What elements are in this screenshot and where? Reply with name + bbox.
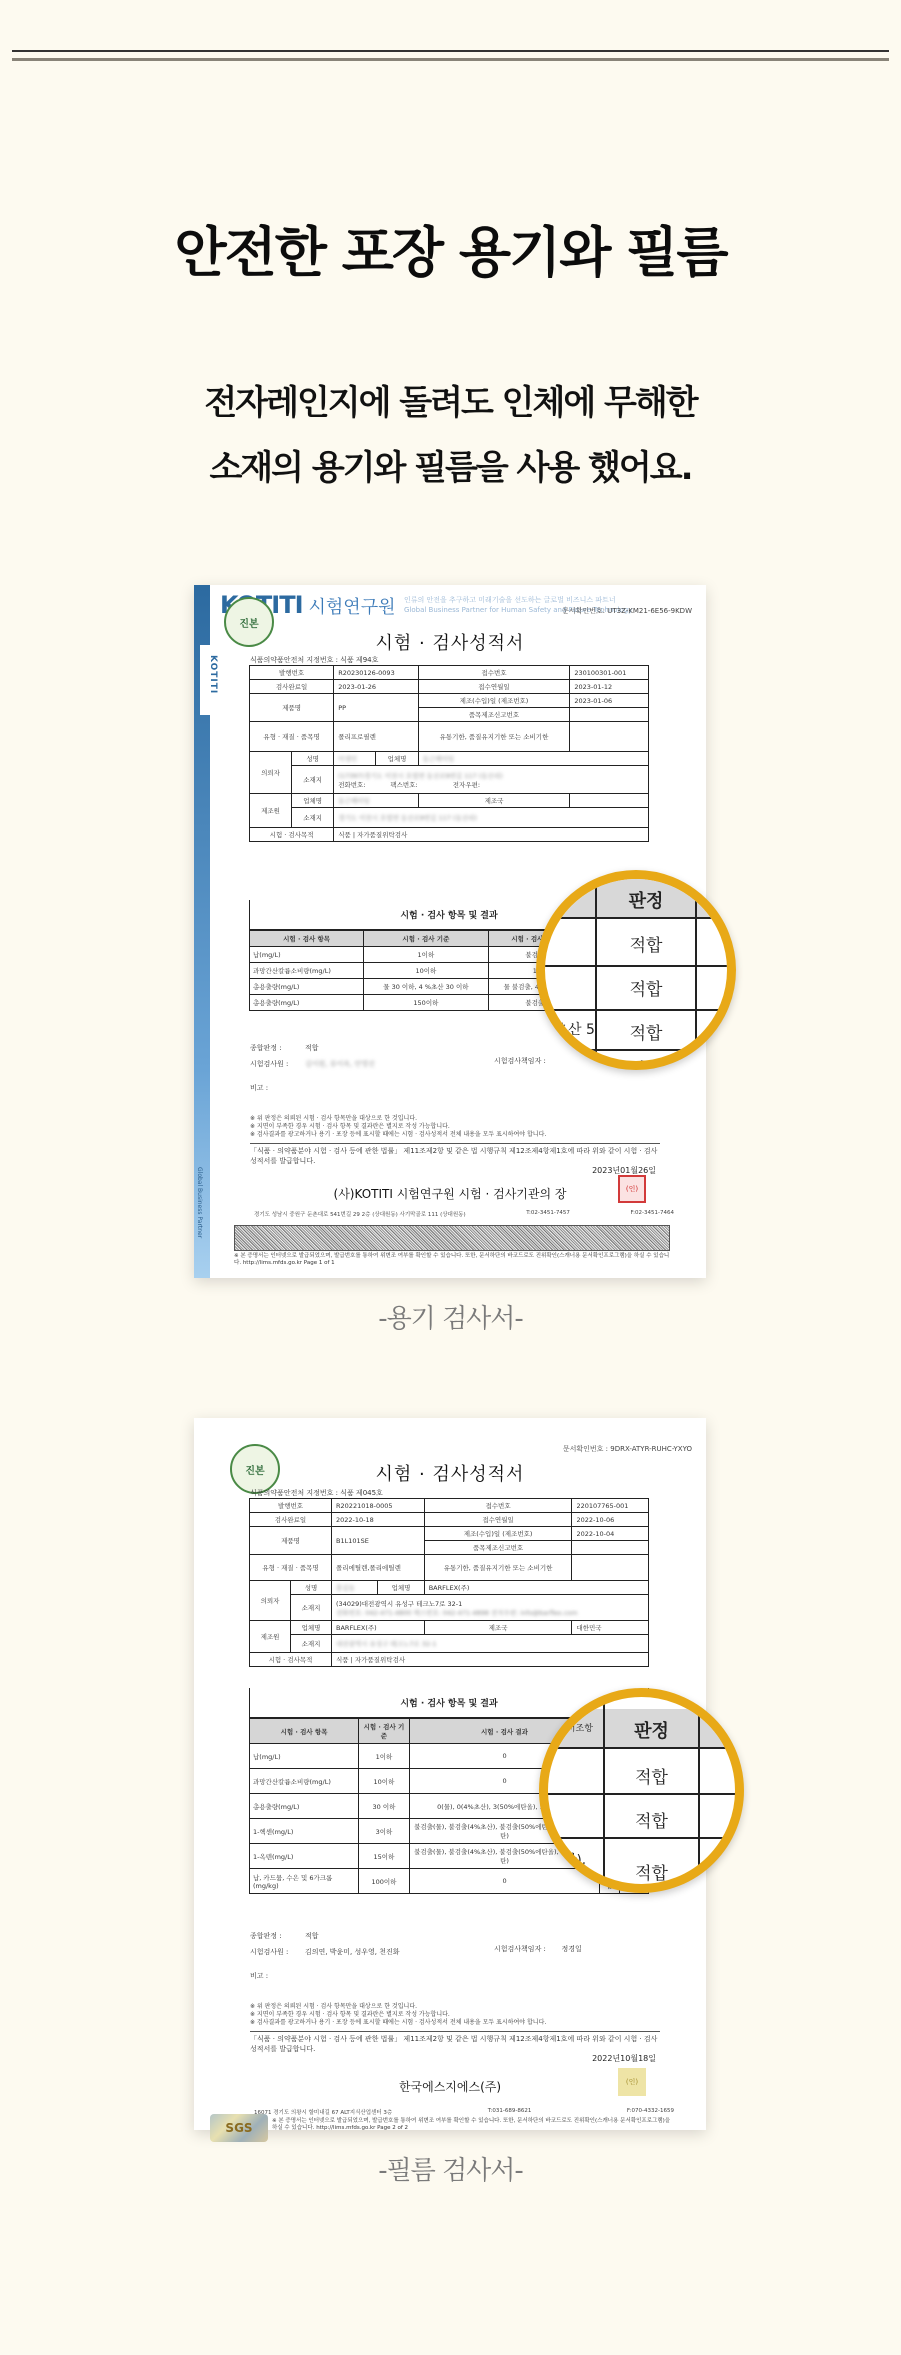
client-company: 동근께이팅	[418, 752, 648, 766]
overall-result: 적합	[305, 1932, 319, 1940]
mag-cell: 적합	[605, 1807, 698, 1832]
client-name: 이생민	[334, 752, 376, 766]
results-cell: 3이하	[359, 1819, 410, 1844]
manager-label: 시험검사책임자 :	[494, 1057, 546, 1065]
mfg-date: 2022-10-04	[572, 1527, 649, 1541]
results-cell: 총용출량(mg/L)	[250, 995, 364, 1011]
label: 발행번호	[250, 1499, 332, 1513]
side-slogan: Global Business Partner	[196, 1167, 203, 1238]
results-cell: 총용출량(mg/L)	[250, 979, 364, 995]
legal-text: 「식품 · 의약품분야 시험 · 검사 등에 관한 법률」 제11조제2항 및 …	[250, 2031, 660, 2054]
mag-cell: 적합	[605, 1763, 698, 1788]
results-cell: 100이하	[359, 1869, 410, 1894]
issuer-tel: T:031-689-8621	[488, 2108, 532, 2116]
mag-line	[545, 965, 727, 967]
container-test-certificate: KOTITI Global Business Partner KOTITI 시험…	[194, 585, 706, 1278]
issuer-tel: T:02-3451-7457	[526, 1210, 570, 1218]
label: 시험 · 검사목적	[250, 828, 334, 842]
label: 의뢰자	[250, 1581, 291, 1621]
mag-line	[545, 1009, 727, 1011]
mfr-address: 대전광역시 유성구 테크노7로 32-1	[332, 1635, 649, 1653]
remark-label: 비고 :	[250, 1084, 268, 1092]
receipt-date: 2023-01-12	[570, 680, 649, 694]
overall-result: 적합	[305, 1044, 319, 1052]
note: ※ 지면이 부족한 경우 시험 · 검사 항목 및 결과란은 별지로 작성 가능…	[250, 1123, 660, 1131]
mag-cell: 적합	[597, 975, 695, 1000]
client-address-cell: (34029)대전광역시 유성구 테크노7로 32-1 전화번호: 042-47…	[332, 1595, 649, 1621]
mag-partial-text: 사용	[699, 1049, 736, 1069]
label: 품목제조신고번호	[424, 1541, 572, 1555]
legal-text: 「식품 · 의약품분야 시험 · 검사 등에 관한 법률」 제11조제2항 및 …	[250, 1143, 660, 1166]
mag-line	[548, 1793, 735, 1795]
label: 소재지	[291, 1595, 332, 1621]
report-number	[570, 708, 649, 722]
label: 제조(수입)일 (제조번호)	[418, 694, 570, 708]
footer-note: ※ 본 증명서는 인터넷으로 발급되었으며, 발급번호를 통하여 위변조 여부를…	[234, 1253, 674, 1267]
sgs-hologram-icon: SGS	[210, 2114, 268, 2142]
label: 소재지	[292, 766, 334, 794]
mfr-company: BARFLEX(주)	[332, 1621, 425, 1635]
results-cell: 납, 카드뮴, 수은 및 6가크롬(mg/kg)	[250, 1869, 359, 1894]
page-number: Page 1 of 1	[304, 1260, 335, 1266]
results-cell: 과망간산칼륨소비량(mg/L)	[250, 1769, 359, 1794]
section-subtitle-line-1: 전자레인지에 돌려도 인체에 무해한	[0, 375, 901, 424]
label: 검사완료일	[250, 1513, 332, 1527]
issuer-address-line: 16071 경기도 의왕시 할미내길 67 ALT지식산업센터 3층 T:031…	[254, 2108, 674, 2116]
results-cell: 과망간산칼륨소비량(mg/L)	[250, 963, 364, 979]
mfg-date: 2023-01-06	[570, 694, 649, 708]
mag-partial-text: %초산 5	[539, 1019, 597, 1039]
results-cell: 10이하	[359, 1769, 410, 1794]
label: 접수번호	[424, 1499, 572, 1513]
label: 업체명	[292, 794, 334, 808]
results-cell: 납(mg/L)	[250, 947, 364, 963]
fax-label: 팩스번호:	[390, 781, 417, 789]
overall-label: 종합판정 :	[250, 1040, 305, 1056]
client-address-cell: (17397)경기도 이천시 호법면 동산로9번길 117 (동산리) 전화번호…	[334, 766, 649, 794]
note: ※ 위 판정은 의뢰된 시험 · 검사 항목만을 대상으로 한 것입니다.	[250, 1115, 660, 1123]
results-cell: 10이하	[364, 963, 488, 979]
client-address: (34029)대전광역시 유성구 테크노7로 32-1	[336, 1599, 644, 1608]
issue-date: 2022년10월18일	[592, 2053, 656, 2064]
note: ※ 위 판정은 의뢰된 시험 · 검사 항목만을 대상으로 한 것입니다.	[250, 2003, 660, 2011]
inspector-label: 시험검사원 :	[250, 1056, 305, 1072]
expiry	[572, 1555, 649, 1581]
official-seal-icon: (인)	[618, 1175, 646, 1203]
receipt-number: 230100301-001	[570, 666, 649, 680]
manager-label: 시험검사책임자 :	[494, 1945, 546, 1953]
mag-cell: 적합	[605, 1859, 698, 1884]
section-subtitle-line-2: 소재의 용기와 필름을 사용 했어요.	[0, 440, 901, 489]
notes: ※ 위 판정은 의뢰된 시험 · 검사 항목만을 대상으로 한 것입니다. ※ …	[250, 2003, 660, 2027]
results-header-cell: 시험 · 검사 기준	[359, 1719, 410, 1744]
label: 소재지	[291, 1635, 332, 1653]
label: 접수연월일	[424, 1513, 572, 1527]
label: 제조원	[250, 794, 292, 828]
results-cell: 1-헥센(mg/L)	[250, 1819, 359, 1844]
official-seal-icon: (인)	[618, 2068, 646, 2096]
expiry	[570, 722, 649, 752]
side-logo: KOTITI	[200, 655, 218, 694]
label: 업체명	[378, 1581, 424, 1595]
results-cell: 150이하	[364, 995, 488, 1011]
notes: ※ 위 판정은 의뢰된 시험 · 검사 항목만을 대상으로 한 것입니다. ※ …	[250, 1115, 660, 1139]
label: 제조국	[418, 794, 570, 808]
label: 유형 · 재질 · 품목명	[250, 722, 334, 752]
material-type: 폴리에틸렌,폴리에틸렌	[332, 1555, 425, 1581]
label: 제품명	[250, 1527, 332, 1555]
note: ※ 지면이 부족한 경우 시험 · 검사 항목 및 결과란은 별지로 작성 가능…	[250, 2011, 660, 2019]
material-type: 폴리프로필렌	[334, 722, 418, 752]
top-divider	[12, 50, 889, 52]
issuer-address: 경기도 성남시 중원구 둔촌대로 541번길 29 2층 (상대원동) 사기막골…	[254, 1210, 466, 1218]
film-certificate-caption: -필름 검사서-	[0, 2150, 901, 2187]
label: 제조국	[424, 1621, 572, 1635]
client-contact: 전화번호: 팩스번호: 전자우편:	[338, 780, 644, 789]
test-purpose: 식품 | 자가품질위탁검사	[332, 1653, 649, 1667]
manager: 시험검사책임자 : 정경일	[494, 1944, 582, 1954]
magnified-table: 판정 적합 적합 적합 적합 %초산 5 사용	[545, 879, 727, 1061]
magnifier-zoom-circle: 판정 적합 적합 적합 적합 %초산 5 사용	[536, 870, 736, 1070]
mag-cell: 적합	[597, 1019, 695, 1044]
certificate-title: 시험 · 검사성적서	[194, 629, 706, 655]
client-address: (17397)경기도 이천시 호법면 동산로9번길 117 (동산리)	[338, 771, 644, 780]
issue-number: R20230126-0093	[334, 666, 418, 680]
section-title: 안전한 포장 용기와 필름	[0, 210, 901, 287]
results-cell: 총용출량(mg/L)	[250, 1794, 359, 1819]
mfr-country: 대한민국	[572, 1621, 649, 1635]
report-number	[572, 1541, 649, 1555]
issue-number: R20221018-0005	[332, 1499, 425, 1513]
mfr-country	[570, 794, 649, 808]
label: 접수번호	[418, 666, 570, 680]
label: 제조원	[250, 1621, 291, 1653]
label: 유형 · 재질 · 품목명	[250, 1555, 332, 1581]
product-name: B1L101SE	[332, 1527, 425, 1555]
doc-confirm-number: 문서확인번호 : 9DRX-ATYR-RUHC-YXYO	[563, 1444, 692, 1454]
issuer-fax: F:02-3451-7464	[630, 1210, 674, 1218]
kotiti-org-name: 시험연구원	[309, 593, 396, 619]
label: 품목제조신고번호	[418, 708, 570, 722]
footer-note: ※ 본 증명서는 인터넷으로 발급되었으며, 발급번호를 통하여 위변조 여부를…	[272, 2118, 672, 2132]
results-cell: 1이하	[364, 947, 488, 963]
label: 발행번호	[250, 666, 334, 680]
inspector-label: 시험검사원 :	[250, 1944, 305, 1960]
magnifier-zoom-circle: 판정 단서조항 적합 적합 적합 산), 3(n-	[539, 1688, 744, 1893]
client-company: BARFLEX(주)	[424, 1581, 648, 1595]
manager: 시험검사책임자 :	[494, 1056, 546, 1066]
label: 접수연월일	[418, 680, 570, 694]
doc-confirm-number: 문서확인번호: UT3Z-KM21-6E56-9KDW	[562, 606, 692, 616]
receipt-number: 220107765-001	[572, 1499, 649, 1513]
results-header-cell: 시험 · 검사 항목	[250, 1719, 359, 1744]
label: 제품명	[250, 694, 334, 722]
client-name: 홍길동	[332, 1581, 378, 1595]
mfr-company: 동근께이팅	[334, 794, 418, 808]
client-contact: 전화번호: 042-471-4800 팩스번호: 042-471-4898 전자…	[336, 1608, 644, 1617]
label: 제조(수입)일 (제조번호)	[424, 1527, 572, 1541]
results-header-cell: 시험 · 검사 항목	[250, 931, 364, 947]
results-cell: 물 30 이하, 4 %초산 30 이하	[364, 979, 488, 995]
magnified-table: 판정 단서조항 적합 적합 적합 산), 3(n-	[548, 1697, 735, 1884]
note: ※ 검사결과를 광고하거나 용기 · 포장 등에 표시할 때에는 시험 · 검사…	[250, 2019, 660, 2027]
label: 업체명	[376, 752, 418, 766]
footer-url: http://lims.mfds.go.kr	[243, 1260, 302, 1266]
designation-number: 식품의약품안전처 지정번호 : 식품 제94호	[250, 655, 378, 665]
certificate-info-table: 발행번호 R20230126-0093 접수번호 230100301-001 검…	[249, 665, 649, 842]
label: 유통기한, 품질유지기한 또는 소비기한	[418, 722, 570, 752]
results-cell: 30 이하	[359, 1794, 410, 1819]
designation-number: 식품의약품안전처 지정번호 : 식품 제045호	[250, 1488, 383, 1498]
label: 성명	[292, 752, 334, 766]
issuer-address: 16071 경기도 의왕시 할미내길 67 ALT지식산업센터 3층	[254, 2108, 392, 2116]
receipt-date: 2022-10-06	[572, 1513, 649, 1527]
summary-block: 종합판정 :적합 시험검사원 :김의연, 박윤미, 성우영, 천진화 비고 :	[250, 1928, 400, 1984]
phone-label: 전화번호:	[338, 781, 365, 789]
issuer-fax: F:070-4332-1659	[627, 2108, 674, 2116]
mag-cell: 적합	[597, 931, 695, 956]
label: 시험 · 검사목적	[250, 1653, 332, 1667]
inspector-names: 김의연, 박윤미, 성우영, 천진화	[305, 1948, 400, 1956]
note: ※ 검사결과를 광고하거나 용기 · 포장 등에 표시할 때에는 시험 · 검사…	[250, 1131, 660, 1139]
film-test-certificate: 문서확인번호 : 9DRX-ATYR-RUHC-YXYO 진본 시험 · 검사성…	[194, 1418, 706, 2130]
mag-line	[695, 879, 697, 1061]
label: 의뢰자	[250, 752, 292, 794]
container-certificate-caption: -용기 검사서-	[0, 1298, 901, 1335]
results-cell: 1이하	[359, 1744, 410, 1769]
complete-date: 2023-01-26	[334, 680, 418, 694]
overall-label: 종합판정 :	[250, 1928, 305, 1944]
email-label: 전자우편:	[453, 781, 480, 789]
manager-name: 정경일	[562, 1945, 582, 1953]
inspector-names: 김이원, 류이옥, 안영선	[305, 1060, 375, 1068]
remark-label: 비고 :	[250, 1972, 268, 1980]
label: 검사완료일	[250, 680, 334, 694]
footer-url: http://lims.mfds.go.kr	[316, 2125, 375, 2131]
slogan-ko: 인류의 안전을 추구하고 미래기술을 선도하는 글로벌 비즈니스 파트너	[404, 595, 632, 605]
results-cell: 납(mg/L)	[250, 1744, 359, 1769]
page-number: Page 2 of 2	[377, 2125, 408, 2131]
label: 업체명	[291, 1621, 332, 1635]
issuer-address-line: 경기도 성남시 중원구 둔촌대로 541번길 29 2층 (상대원동) 사기막골…	[254, 1210, 674, 1218]
mag-partial-text: 산), 3(n-	[550, 1849, 600, 1883]
label: 성명	[291, 1581, 332, 1595]
mag-cell: 적합	[597, 1055, 695, 1070]
product-name: PP	[334, 694, 418, 722]
certificate-title: 시험 · 검사성적서	[194, 1460, 706, 1486]
top-divider-thick	[12, 58, 889, 61]
mag-partial-header: 단서조항	[548, 1721, 603, 1734]
mag-line	[698, 1697, 700, 1884]
2d-barcode	[234, 1225, 670, 1251]
label: 소재지	[292, 808, 334, 828]
label: 유통기한, 품질유지기한 또는 소비기한	[424, 1555, 572, 1581]
summary-block: 종합판정 :적합 시험검사원 :김이원, 류이옥, 안영선 비고 :	[250, 1040, 375, 1096]
test-purpose: 식품 | 자가품질위탁검사	[334, 828, 649, 842]
mag-header-verdict: 판정	[605, 1717, 698, 1743]
mfr-address: 경기도 이천시 호법면 동산로9번길 117 (동산리)	[334, 808, 649, 828]
results-cell: 1-옥텐(mg/L)	[250, 1844, 359, 1869]
results-cell: 15이하	[359, 1844, 410, 1869]
results-header-cell: 시험 · 검사 기준	[364, 931, 488, 947]
complete-date: 2022-10-18	[332, 1513, 425, 1527]
mag-line	[548, 1837, 735, 1839]
mag-header-verdict: 판정	[597, 887, 695, 913]
certificate-info-table: 발행번호 R20221018-0005 접수번호 220107765-001 검…	[249, 1498, 649, 1667]
